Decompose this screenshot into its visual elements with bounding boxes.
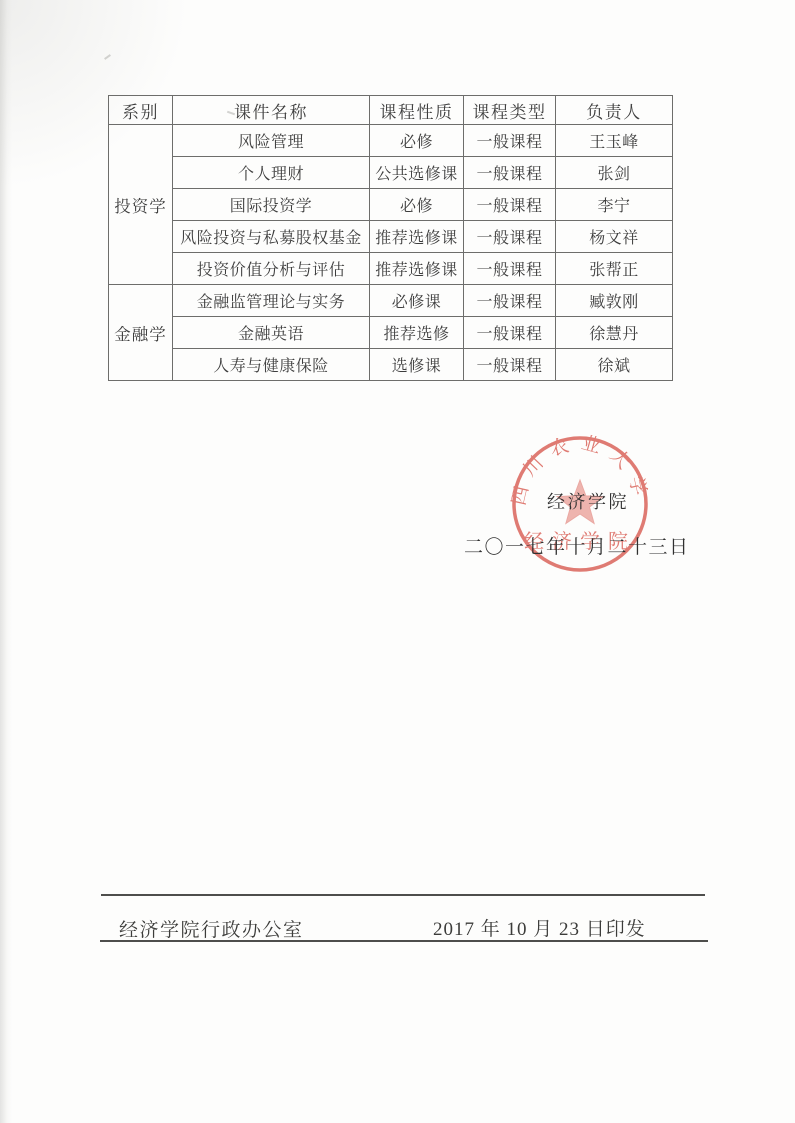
header-course-name: 课件名称 [173, 96, 370, 125]
table-row: 个人理财 公共选修课 一般课程 张剑 [109, 157, 673, 189]
footer-top-rule [101, 894, 705, 896]
nature-cell: 必修 [370, 189, 464, 221]
type-cell: 一般课程 [464, 221, 556, 253]
type-cell: 一般课程 [464, 125, 556, 157]
course-cell: 风险投资与私募股权基金 [173, 221, 370, 253]
course-cell: 投资价值分析与评估 [173, 253, 370, 285]
department-cell: 金融学 [109, 285, 173, 381]
person-cell: 张剑 [556, 157, 673, 189]
course-table: 系别 课件名称 课程性质 课程类型 负责人 投资学 风险管理 必修 一般课程 王… [108, 95, 673, 381]
table-row: 人寿与健康保险 选修课 一般课程 徐斌 [109, 349, 673, 381]
table-row: 风险投资与私募股权基金 推荐选修课 一般课程 杨文祥 [109, 221, 673, 253]
course-cell: 人寿与健康保险 [173, 349, 370, 381]
table-row: 金融英语 推荐选修 一般课程 徐慧丹 [109, 317, 673, 349]
type-cell: 一般课程 [464, 189, 556, 221]
course-cell: 金融监管理论与实务 [173, 285, 370, 317]
course-cell: 金融英语 [173, 317, 370, 349]
person-cell: 李宁 [556, 189, 673, 221]
footer-issuing-office: 经济学院行政办公室 [119, 915, 304, 942]
course-cell: 个人理财 [173, 157, 370, 189]
course-cell: 风险管理 [173, 125, 370, 157]
table-header-row: 系别 课件名称 课程性质 课程类型 负责人 [109, 96, 673, 125]
nature-cell: 推荐选修课 [370, 221, 464, 253]
table-row: 投资价值分析与评估 推荐选修课 一般课程 张帮正 [109, 253, 673, 285]
header-person: 负责人 [556, 96, 673, 125]
nature-cell: 推荐选修 [370, 317, 464, 349]
type-cell: 一般课程 [464, 157, 556, 189]
person-cell: 张帮正 [556, 253, 673, 285]
course-cell: 国际投资学 [173, 189, 370, 221]
nature-cell: 必修课 [370, 285, 464, 317]
scanned-document-page: 系别 课件名称 课程性质 课程类型 负责人 投资学 风险管理 必修 一般课程 王… [0, 0, 795, 1123]
footer-print-date: 2017 年 10 月 23 日印发 [433, 914, 646, 941]
type-cell: 一般课程 [464, 253, 556, 285]
table-row: 投资学 风险管理 必修 一般课程 王玉峰 [109, 125, 673, 157]
header-course-nature: 课程性质 [370, 96, 464, 125]
nature-cell: 公共选修课 [370, 157, 464, 189]
person-cell: 王玉峰 [556, 125, 673, 157]
person-cell: 徐慧丹 [556, 317, 673, 349]
nature-cell: 必修 [370, 125, 464, 157]
header-course-type: 课程类型 [464, 96, 556, 125]
table-row: 国际投资学 必修 一般课程 李宁 [109, 189, 673, 221]
nature-cell: 推荐选修课 [370, 253, 464, 285]
table-row: 金融学 金融监管理论与实务 必修课 一般课程 臧敦刚 [109, 285, 673, 317]
nature-cell: 选修课 [370, 349, 464, 381]
issuer-name: 经济学院 [547, 488, 629, 514]
type-cell: 一般课程 [464, 317, 556, 349]
person-cell: 臧敦刚 [556, 285, 673, 317]
scan-speck [104, 54, 111, 60]
issue-date: 二〇一七年十月二十三日 [464, 532, 690, 559]
type-cell: 一般课程 [464, 285, 556, 317]
department-cell: 投资学 [109, 125, 173, 285]
header-department: 系别 [109, 96, 173, 125]
person-cell: 杨文祥 [556, 221, 673, 253]
scan-left-edge-shadow [0, 0, 12, 1123]
person-cell: 徐斌 [556, 349, 673, 381]
type-cell: 一般课程 [464, 349, 556, 381]
footer-bottom-rule [100, 940, 708, 942]
